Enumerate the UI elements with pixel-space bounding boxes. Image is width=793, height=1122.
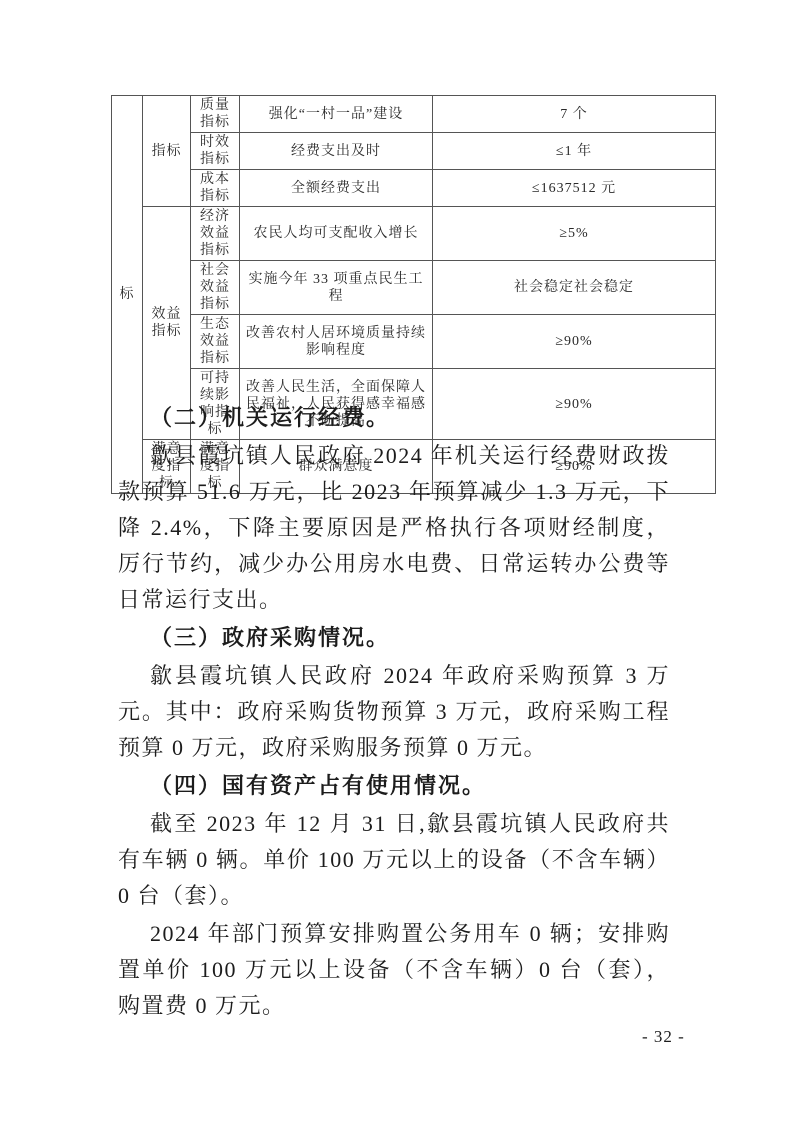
indicator-value-cell: ≤1637512 元: [433, 170, 716, 207]
table-row: 标 指标 质量 指标 强化“一村一品”建设 7 个: [112, 96, 716, 133]
table-row: 生态 效益 指标 改善农村人居环境质量持续 影响程度 ≥90%: [112, 315, 716, 369]
indicator-value-cell: 社会稳定社会稳定: [433, 261, 716, 315]
indicator-subtype-cell: 社会 效益 指标: [191, 261, 240, 315]
indicator-name-cell: 全额经费支出: [240, 170, 433, 207]
indicator-name-cell: 改善农村人居环境质量持续 影响程度: [240, 315, 433, 369]
document-body: （二）机关运行经费。 歙县霞坑镇人民政府 2024 年机关运行经费财政拨款预算 …: [118, 400, 670, 1026]
indicator-name-cell: 经费支出及时: [240, 133, 433, 170]
table-row: 效益 指标 经济 效益 指标 农民人均可支配收入增长 ≥5%: [112, 207, 716, 261]
indicator-value-cell: ≥5%: [433, 207, 716, 261]
indicator-subtype-cell: 质量 指标: [191, 96, 240, 133]
indicator-name-cell: 实施今年 33 项重点民生工程: [240, 261, 433, 315]
indicator-value-cell: ≤1 年: [433, 133, 716, 170]
indicator-subtype-cell: 时效 指标: [191, 133, 240, 170]
document-page: 标 指标 质量 指标 强化“一村一品”建设 7 个 时效 指标 经费支出及时 ≤…: [0, 0, 793, 1122]
indicator-group-output: 指标: [143, 96, 191, 207]
body-paragraph: 歙县霞坑镇人民政府 2024 年机关运行经费财政拨款预算 51.6 万元，比 2…: [118, 438, 670, 618]
body-paragraph: 截至 2023 年 12 月 31 日,歙县霞坑镇人民政府共有车辆 0 辆。单价…: [118, 806, 670, 914]
page-number: - 32 -: [642, 1027, 685, 1047]
indicator-subtype-cell: 经济 效益 指标: [191, 207, 240, 261]
section-heading-2: （二）机关运行经费。: [118, 400, 670, 436]
body-paragraph: 2024 年部门预算安排购置公务用车 0 辆；安排购置单价 100 万元以上设备…: [118, 916, 670, 1024]
body-paragraph: 歙县霞坑镇人民政府 2024 年政府采购预算 3 万元。其中：政府采购货物预算 …: [118, 658, 670, 766]
section-heading-3: （三）政府采购情况。: [118, 620, 670, 656]
indicator-subtype-cell: 成本 指标: [191, 170, 240, 207]
indicator-name-cell: 农民人均可支配收入增长: [240, 207, 433, 261]
table-row: 成本 指标 全额经费支出 ≤1637512 元: [112, 170, 716, 207]
indicator-value-cell: 7 个: [433, 96, 716, 133]
indicator-subtype-cell: 生态 效益 指标: [191, 315, 240, 369]
table-row: 社会 效益 指标 实施今年 33 项重点民生工程 社会稳定社会稳定: [112, 261, 716, 315]
section-heading-4: （四）国有资产占有使用情况。: [118, 768, 670, 804]
indicator-name-cell: 强化“一村一品”建设: [240, 96, 433, 133]
table-row: 时效 指标 经费支出及时 ≤1 年: [112, 133, 716, 170]
indicator-value-cell: ≥90%: [433, 315, 716, 369]
